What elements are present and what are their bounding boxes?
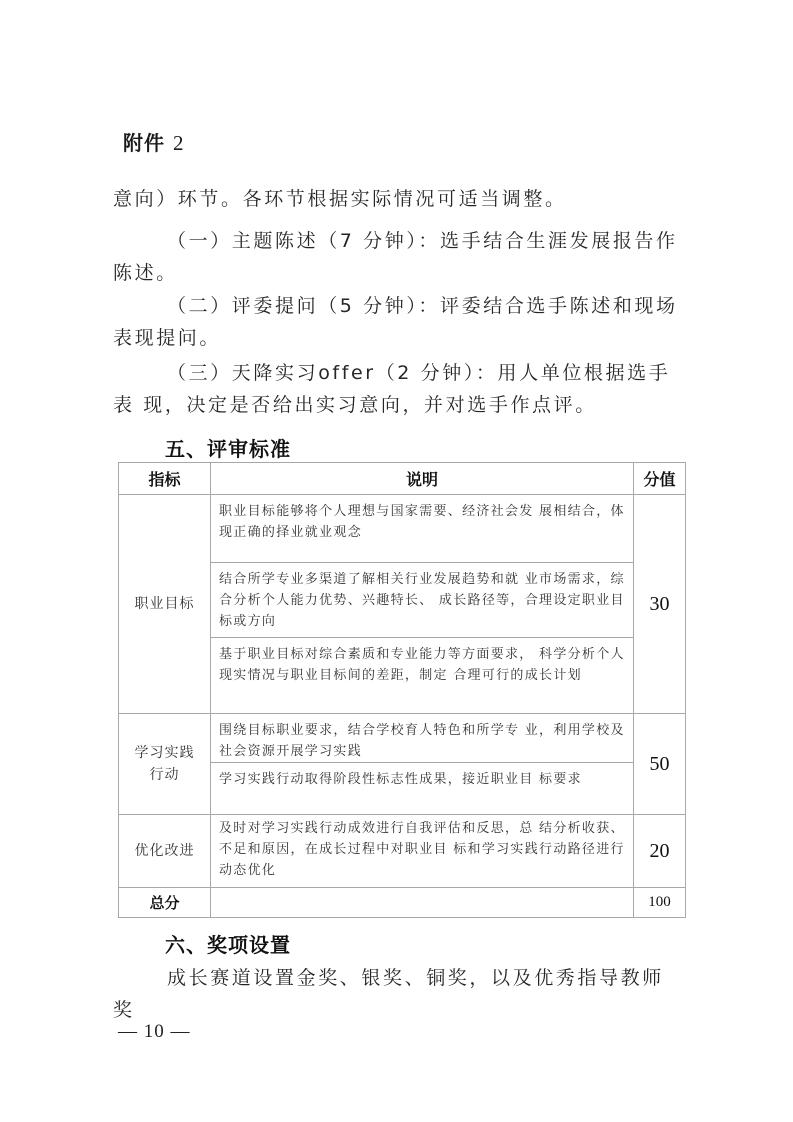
paragraph-judge-questions: （二）评委提问（5 分钟）：评委结合选手陈述和现场 表现提问。: [113, 290, 678, 354]
indicator-career-goal: 职业目标: [118, 494, 211, 714]
total-score: 100: [633, 887, 686, 918]
paragraph-intro-tail: 意向）环节。各环节根据实际情况可适当调整。: [113, 183, 678, 215]
section-heading-awards: 六、奖项设置: [165, 929, 291, 958]
attachment-label: 附件 2: [123, 127, 184, 156]
attachment-number: 2: [173, 131, 185, 155]
description-item: 结合所学专业多渠道了解相关行业发展趋势和就 业市场需求，综合分析个人能力优势、兴…: [210, 562, 634, 638]
paragraph-awards: 成长赛道设置金奖、银奖、铜奖，以及优秀指导教师奖: [113, 962, 678, 1026]
header-description: 说明: [210, 462, 634, 495]
score-career-goal: 30: [633, 494, 686, 714]
page-number: — 10 —: [118, 1021, 191, 1043]
description-item: 基于职业目标对综合素质和专业能力等方面要求， 科学分析个人现实情况与职业目标间的…: [210, 637, 634, 714]
description-item: 及时对学习实践行动成效进行自我评估和反思，总 结分析收获、不足和原因，在成长过程…: [210, 814, 634, 888]
total-label: 总分: [118, 887, 211, 918]
score-optimization: 20: [633, 814, 686, 888]
description-item: 学习实践行动取得阶段性标志性成果，接近职业目 标要求: [210, 762, 634, 815]
description-item: 围绕目标职业要求，结合学校育人特色和所学专 业，利用学校及社会资源开展学习实践: [210, 713, 634, 763]
section-heading-criteria: 五、评审标准: [165, 433, 291, 462]
paragraph-internship-offer: （三）天降实习offer（2 分钟）：用人单位根据选手表 现，决定是否给出实习意…: [113, 357, 678, 421]
header-score: 分值: [633, 462, 686, 495]
paragraph-theme-statement: （一）主题陈述（7 分钟）：选手结合生涯发展报告作 陈述。: [113, 225, 678, 289]
indicator-optimization: 优化改进: [118, 814, 211, 888]
total-description: [210, 887, 634, 918]
score-learning-practice: 50: [633, 713, 686, 815]
criteria-table: 指标 说明 分值 职业目标 职业目标能够将个人理想与国家需要、经济社会发 展相结…: [118, 462, 686, 918]
attachment-text: 附件: [123, 131, 165, 155]
description-item: 职业目标能够将个人理想与国家需要、经济社会发 展相结合，体现正确的择业就业观念: [210, 494, 634, 563]
indicator-learning-practice: 学习实践行动: [118, 713, 211, 815]
header-indicator: 指标: [118, 462, 211, 495]
